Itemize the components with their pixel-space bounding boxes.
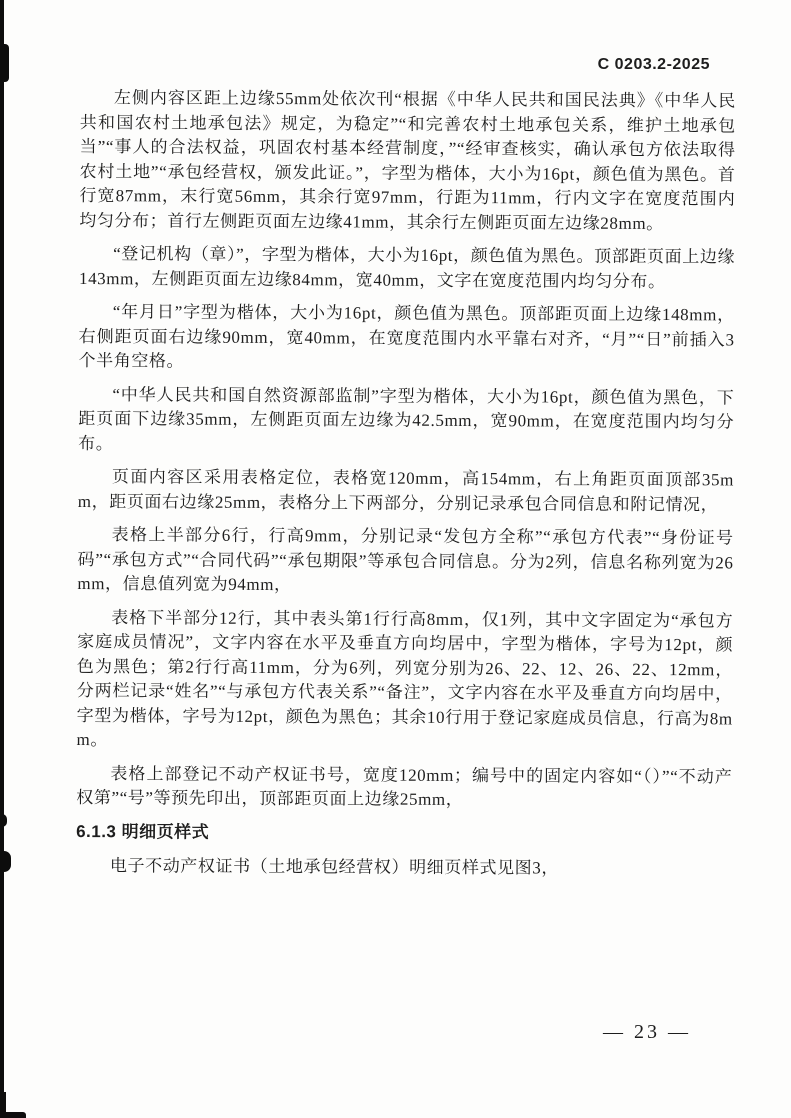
body-paragraph-4: “中华人民共和国自然资源部监制”字型为楷体，大小为16pt，颜色值为黑色，下距页…: [78, 382, 734, 459]
body-paragraph-7: 表格下半部分12行，其中表头第1行行高8mm，仅1列，其中文字固定为“承包方家庭…: [77, 605, 734, 755]
scan-edge-bar: [0, 0, 4, 1118]
scan-edge-notch: [0, 44, 9, 82]
document-content: 左侧内容区距上边缘55mm处依次刊“根据《中华人民共和国民法典》《中华人民共和国…: [76, 86, 736, 891]
body-paragraph-6: 表格上半部分6行，行高9mm，分别记录“发包方全称”“承包方代表”“身份证号码”…: [77, 523, 733, 600]
section-heading: 6.1.3 明细页样式: [76, 819, 732, 847]
body-paragraph-2: “登记机构（章）”，字型为楷体，大小为16pt，颜色值为黑色。顶部距页面上边缘1…: [79, 242, 735, 294]
body-paragraph-3: “年月日”字型为楷体，大小为16pt，颜色值为黑色。顶部距页面上边缘148mm，…: [78, 300, 734, 377]
scan-edge-blob: [0, 814, 7, 827]
body-paragraph-8: 表格上部登记不动产权证书号，宽度120mm；编号中的固定内容如“（）”“不动产权…: [76, 761, 732, 813]
scan-edge-blob: [0, 851, 11, 872]
body-paragraph-5: 页面内容区采用表格定位，表格宽120mm，高154mm，右上角距页面顶部35mm…: [78, 465, 734, 517]
body-paragraph-9: 电子不动产权证书（土地承包经营权）明细页样式见图3，: [76, 854, 732, 882]
scan-edge-smudge: [0, 1112, 26, 1118]
scanned-document-page: C 0203.2-2025 左侧内容区距上边缘55mm处依次刊“根据《中华人民共…: [0, 0, 791, 1118]
doc-code: C 0203.2-2025: [598, 56, 710, 74]
page-number: — 23 —: [557, 1021, 737, 1044]
body-paragraph-1: 左侧内容区距上边缘55mm处依次刊“根据《中华人民共和国民法典》《中华人民共和国…: [79, 86, 736, 236]
